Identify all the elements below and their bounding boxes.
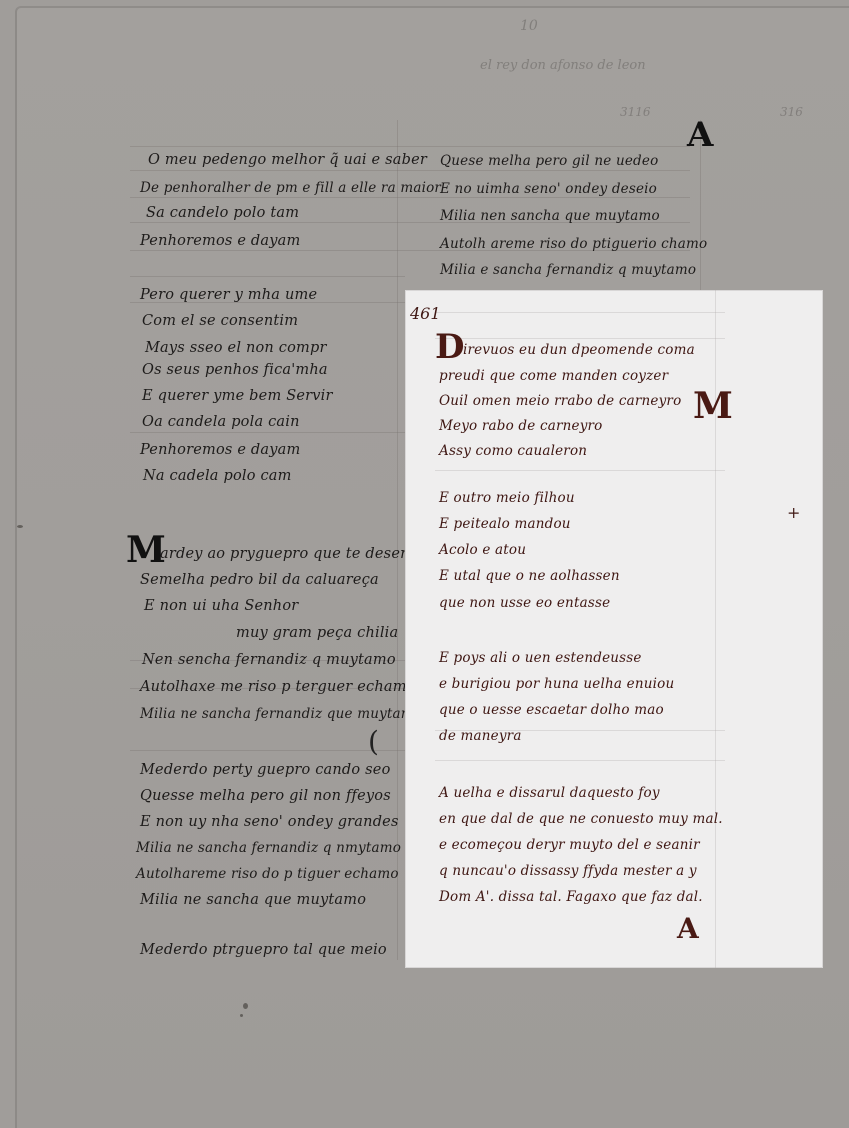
verse-line: q nuncau'o dissassy ffyda mester a y (439, 863, 697, 879)
verse-line: Milia e sancha fernandiz q muytamo (440, 262, 696, 278)
verse-line: E querer yme bem Servir (142, 388, 333, 404)
verse-line: E poys ali o uen estendeusse (439, 650, 642, 666)
verse-line: Acolo e atou (439, 542, 526, 558)
verse-line: Quese melha pero gil ne uedeo (440, 153, 658, 169)
cross-mark: + (787, 505, 800, 521)
margin-rule (397, 120, 398, 960)
ruling-line (435, 312, 725, 313)
folio-number: 461 (410, 304, 441, 323)
paragraph-bracket-mark: ( (368, 728, 379, 756)
ink-spot (17, 525, 23, 528)
ruling-line (130, 197, 690, 198)
verse-line: e ecomeçou deryr muyto del e seanir (439, 837, 700, 853)
ruling-line (130, 750, 405, 751)
verse-line: E no uimha seno' ondey deseio (440, 181, 657, 197)
verse-line: muy gram peça chilia (236, 625, 398, 641)
verse-line: que non usse eo entasse (439, 595, 610, 611)
verse-line: Nen sencha fernandiz q muytamo (142, 652, 396, 668)
verse-line: en que dal de que ne conuesto muy mal. (439, 811, 723, 827)
ruling-line (130, 432, 405, 433)
verse-line: Pero querer y mha ume (140, 287, 317, 303)
ink-spot (243, 1003, 248, 1009)
verse-line: ardey ao pryguepro que te desen (160, 546, 410, 562)
verse-line: De penhoralher de pm e fill a elle ra ma… (140, 180, 441, 196)
verse-line: que o uesse escaetar dolho mao (439, 702, 664, 718)
verse-line: Autolh areme riso do ptiguerio chamo (440, 236, 707, 252)
ink-spot (240, 1014, 243, 1017)
verse-line: de maneyra (439, 728, 522, 744)
verse-line: Ouil omen meio rrabo de carneyro (439, 393, 681, 409)
verse-line: Oa candela pola cain (142, 414, 300, 430)
verse-line: Dom A'. dissa tal. Fagaxo que faz dal. (439, 889, 703, 905)
verse-line: e burigiou por huna uelha enuiou (439, 676, 674, 692)
verse-line: Penhoremos e dayam (140, 442, 300, 458)
manuscript-canvas: 10 el rey don afonso de leon 3116 316 A … (0, 0, 849, 1128)
ruling-line (435, 338, 725, 339)
shelfmark-left: 3116 (620, 105, 651, 119)
section-letter-top: A (687, 118, 713, 152)
verse-line: E non uy nha seno' ondey grandes (140, 814, 399, 830)
verse-line: E peitealo mandou (439, 516, 571, 532)
verse-line: Autolhareme riso do p tiguer echamo (136, 866, 399, 882)
ruling-line (435, 760, 725, 761)
verse-line: Mederdo ptrguepro tal que meio (140, 942, 387, 958)
verse-line: Assy como caualeron (439, 443, 587, 459)
verse-line: O meu pedengo melhor q̃ uai e saber (148, 152, 427, 168)
ruling-line (130, 170, 690, 171)
section-letter-bottom: A (677, 915, 699, 943)
top-margin-note: el rey don afonso de leon (480, 58, 646, 73)
verse-line: Mederdo perty guepro cando seo (140, 762, 391, 778)
ruling-line (130, 146, 690, 147)
verse-line: Milia ne sancha que muytamo (140, 892, 366, 908)
ruling-line (130, 276, 405, 277)
verse-line: Na cadela polo cam (143, 468, 292, 484)
verse-line: Quesse melha pero gil non ffeyos (140, 788, 391, 804)
shelfmark-right: 316 (780, 105, 803, 119)
verse-line: A uelha e dissarul daquesto foy (439, 785, 660, 801)
verse-line: Os seus penhos fica'mha (142, 362, 328, 378)
section-letter-right: M (693, 388, 733, 424)
verse-line: E outro meio filhou (439, 490, 575, 506)
verse-line: preudi que come manden coyzer (439, 368, 668, 384)
verse-line: Mays sseo el non compr (145, 340, 327, 356)
verse-line: irevuos eu dun dpeomende coma (463, 342, 695, 358)
verse-line: Semelha pedro bil da caluareça (140, 572, 379, 588)
verse-line: Milia nen sancha que muytamo (440, 208, 660, 224)
ruling-line (435, 470, 725, 471)
verse-line: Penhoremos e dayam (140, 233, 300, 249)
verse-line: Milia ne sancha fernandiz que muytamo (140, 706, 422, 722)
verse-line: Milia ne sancha fernandiz q nmytamo (136, 840, 401, 856)
verse-line: Sa candelo polo tam (146, 205, 299, 221)
decorated-initial-d: D (435, 330, 464, 364)
verse-line: Com el se consentim (142, 313, 298, 329)
verse-line: Meyo rabo de carneyro (439, 418, 603, 434)
top-margin-number: 10 (520, 18, 538, 34)
verse-line: Autolhaxe me riso p terguer echamo (140, 679, 416, 695)
verse-line: E utal que o ne aolhassen (439, 568, 620, 584)
highlighted-text-region: 461 D irevuos eu dun dpeomende coma preu… (405, 290, 823, 968)
verse-line: E non ui uha Senhor (144, 598, 298, 614)
